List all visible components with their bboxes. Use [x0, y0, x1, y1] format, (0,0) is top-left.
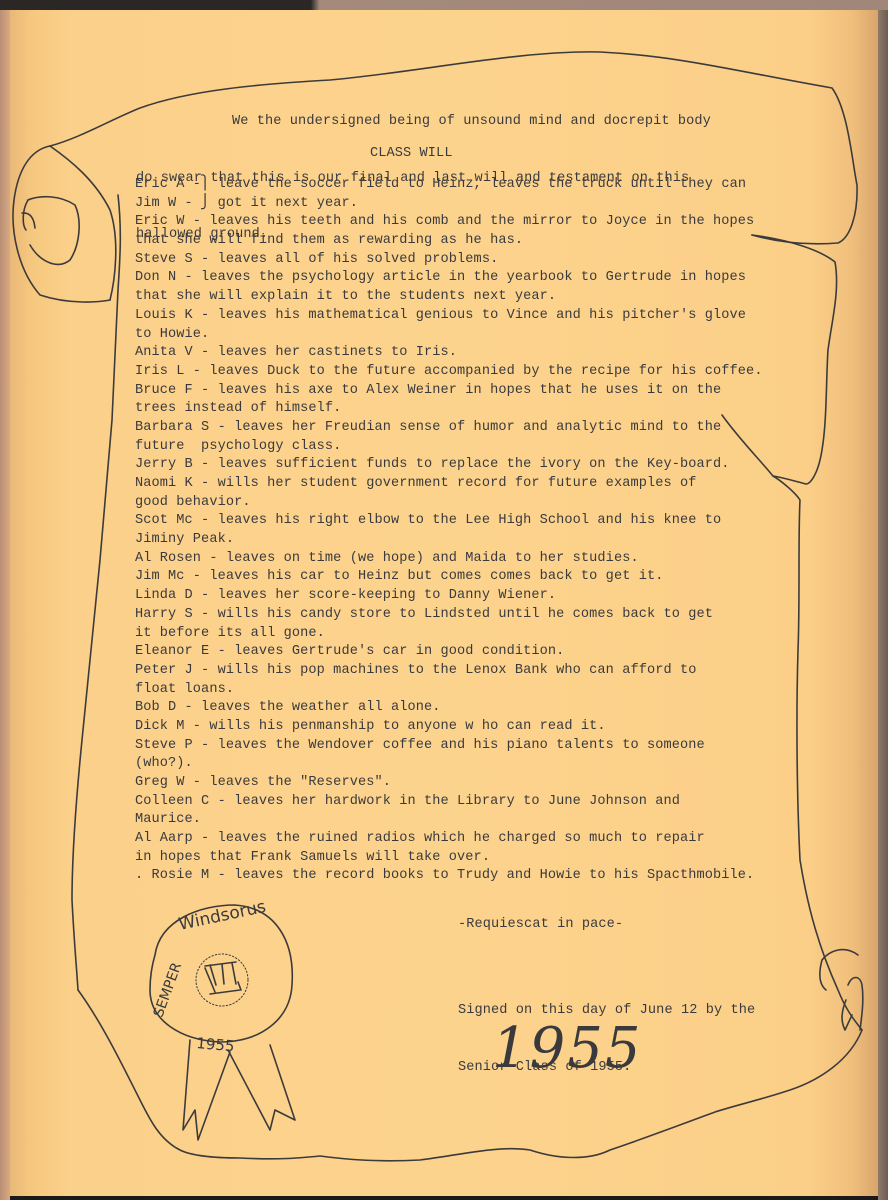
closing-line: -Requiescat in pace- [458, 916, 623, 935]
will-entry-line: Colleen C - leaves her hardwork in the L… [135, 793, 763, 812]
scroll-left-curl [13, 146, 110, 302]
will-entry-line: Peter J - wills his pop machines to the … [135, 662, 763, 681]
will-entry-line: Harry S - wills his candy store to Linds… [135, 606, 763, 625]
will-entry-line: Barbara S - leaves her Freudian sense of… [135, 419, 763, 438]
document-title: CLASS WILL [370, 145, 453, 164]
will-entry-line: . Rosie M - leaves the record books to T… [135, 867, 763, 886]
will-entry-line: future psychology class. [135, 438, 763, 457]
will-entry-line: Naomi K - wills her student government r… [135, 475, 763, 494]
will-entry-line: float loans. [135, 681, 763, 700]
will-entry-line: Eleanor E - leaves Gertrude's car in goo… [135, 643, 763, 662]
seal-year-text: 1955 [196, 1034, 236, 1055]
will-entry-line: Jim W - ⎭ got it next year. [135, 195, 763, 214]
will-entry-line: that she will explain it to the students… [135, 288, 763, 307]
will-entry-line: Jerry B - leaves sufficient funds to rep… [135, 456, 763, 475]
will-entry-line: Bruce F - leaves his axe to Alex Weiner … [135, 382, 763, 401]
will-entries-list: Eric A -⎫ leave the soccer field to Hein… [135, 176, 763, 886]
will-entry-line: Louis K - leaves his mathematical geniou… [135, 307, 763, 326]
will-entry-line: Jim Mc - leaves his car to Heinz but com… [135, 568, 763, 587]
will-entry-line: Eric W - leaves his teeth and his comb a… [135, 213, 763, 232]
handwritten-year: 1955 [492, 1016, 643, 1081]
will-entry-line: Al Rosen - leaves on time (we hope) and … [135, 550, 763, 569]
preamble-line: We the undersigned being of unsound mind… [136, 113, 711, 132]
will-entry-line: Dick M - wills his penmanship to anyone … [135, 718, 763, 737]
will-entry-line: that she will find them as rewarding as … [135, 232, 763, 251]
seal-crown-emblem [205, 962, 241, 994]
seal-inner-dotted-circle [196, 954, 248, 1006]
will-entry-line: Anita V - leaves her castinets to Iris. [135, 344, 763, 363]
scroll-left-side [72, 195, 120, 990]
scroll-right-curl [752, 235, 837, 484]
seal-top-text: Windsorus [177, 897, 268, 935]
will-entry-line: Maurice. [135, 811, 763, 830]
will-entry-line: Eric A -⎫ leave the soccer field to Hein… [135, 176, 763, 195]
seal-left-text: SEMPER [151, 960, 186, 1019]
will-entry-line: Iris L - leaves Duck to the future accom… [135, 363, 763, 382]
will-entry-line: Jiminy Peak. [135, 531, 763, 550]
will-entry-line: Don N - leaves the psychology article in… [135, 269, 763, 288]
will-entry-line: Linda D - leaves her score-keeping to Da… [135, 587, 763, 606]
will-entry-line: it before its all gone. [135, 625, 763, 644]
will-entry-line: to Howie. [135, 326, 763, 345]
will-entry-line: Al Aarp - leaves the ruined radios which… [135, 830, 763, 849]
will-entry-line: Steve S - leaves all of his solved probl… [135, 251, 763, 270]
will-entry-line: in hopes that Frank Samuels will take ov… [135, 849, 763, 868]
will-entry-line: (who?). [135, 755, 763, 774]
will-entry-line: Bob D - leaves the weather all alone. [135, 699, 763, 718]
will-entry-line: trees instead of himself. [135, 400, 763, 419]
will-entry-line: Steve P - leaves the Wendover coffee and… [135, 737, 763, 756]
will-entry-line: Scot Mc - leaves his right elbow to the … [135, 512, 763, 531]
seal-ribbon [183, 1040, 295, 1140]
will-entry-line: Greg W - leaves the "Reserves". [135, 774, 763, 793]
will-entry-line: good behavior. [135, 494, 763, 513]
